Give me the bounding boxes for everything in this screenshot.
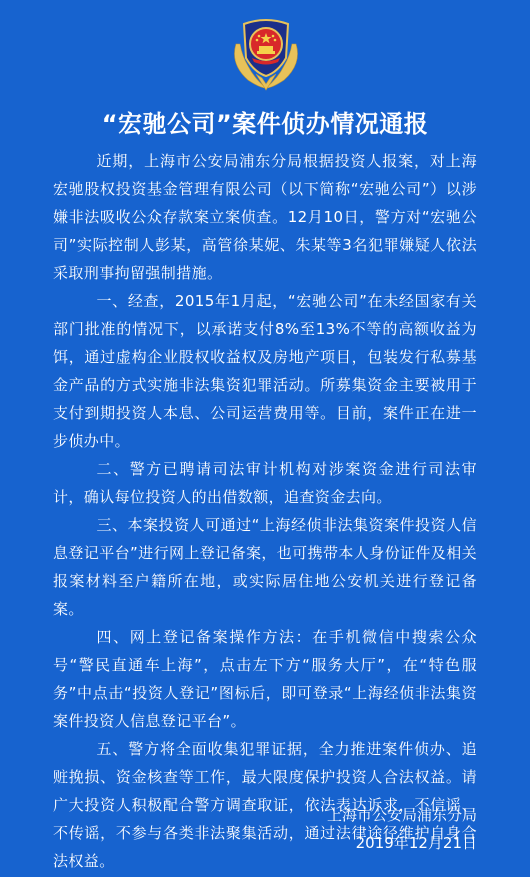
paragraph-item-1: 一、经查，2015年1月起，“宏驰公司”在未经国家有关部门批准的情况下，以承诺支… bbox=[53, 287, 477, 455]
paragraph-intro: 近期，上海市公安局浦东分局根据投资人报案，对上海宏驰股权投资基金管理有限公司（以… bbox=[53, 147, 477, 287]
paragraph-item-4: 四、网上登记备案操作方法：在手机微信中搜索公众号“警民直通车上海”，点击左下方“… bbox=[53, 623, 477, 735]
page-title: “宏驰公司”案件侦办情况通报 bbox=[0, 104, 530, 139]
signature-date: 2019年12月21日 bbox=[356, 832, 477, 853]
notice-body: 近期，上海市公安局浦东分局根据投资人报案，对上海宏驰股权投资基金管理有限公司（以… bbox=[53, 147, 477, 875]
paragraph-item-2: 二、警方已聘请司法审计机构对涉案资金进行司法审计，确认每位投资人的出借数额，追查… bbox=[53, 455, 477, 511]
signature-organization: 上海市公安局浦东分局 bbox=[327, 804, 477, 825]
paragraph-item-3: 三、本案投资人可通过“上海经侦非法集资案件投资人信息登记平台”进行网上登记备案，… bbox=[53, 511, 477, 623]
police-badge-emblem-icon bbox=[226, 14, 306, 92]
